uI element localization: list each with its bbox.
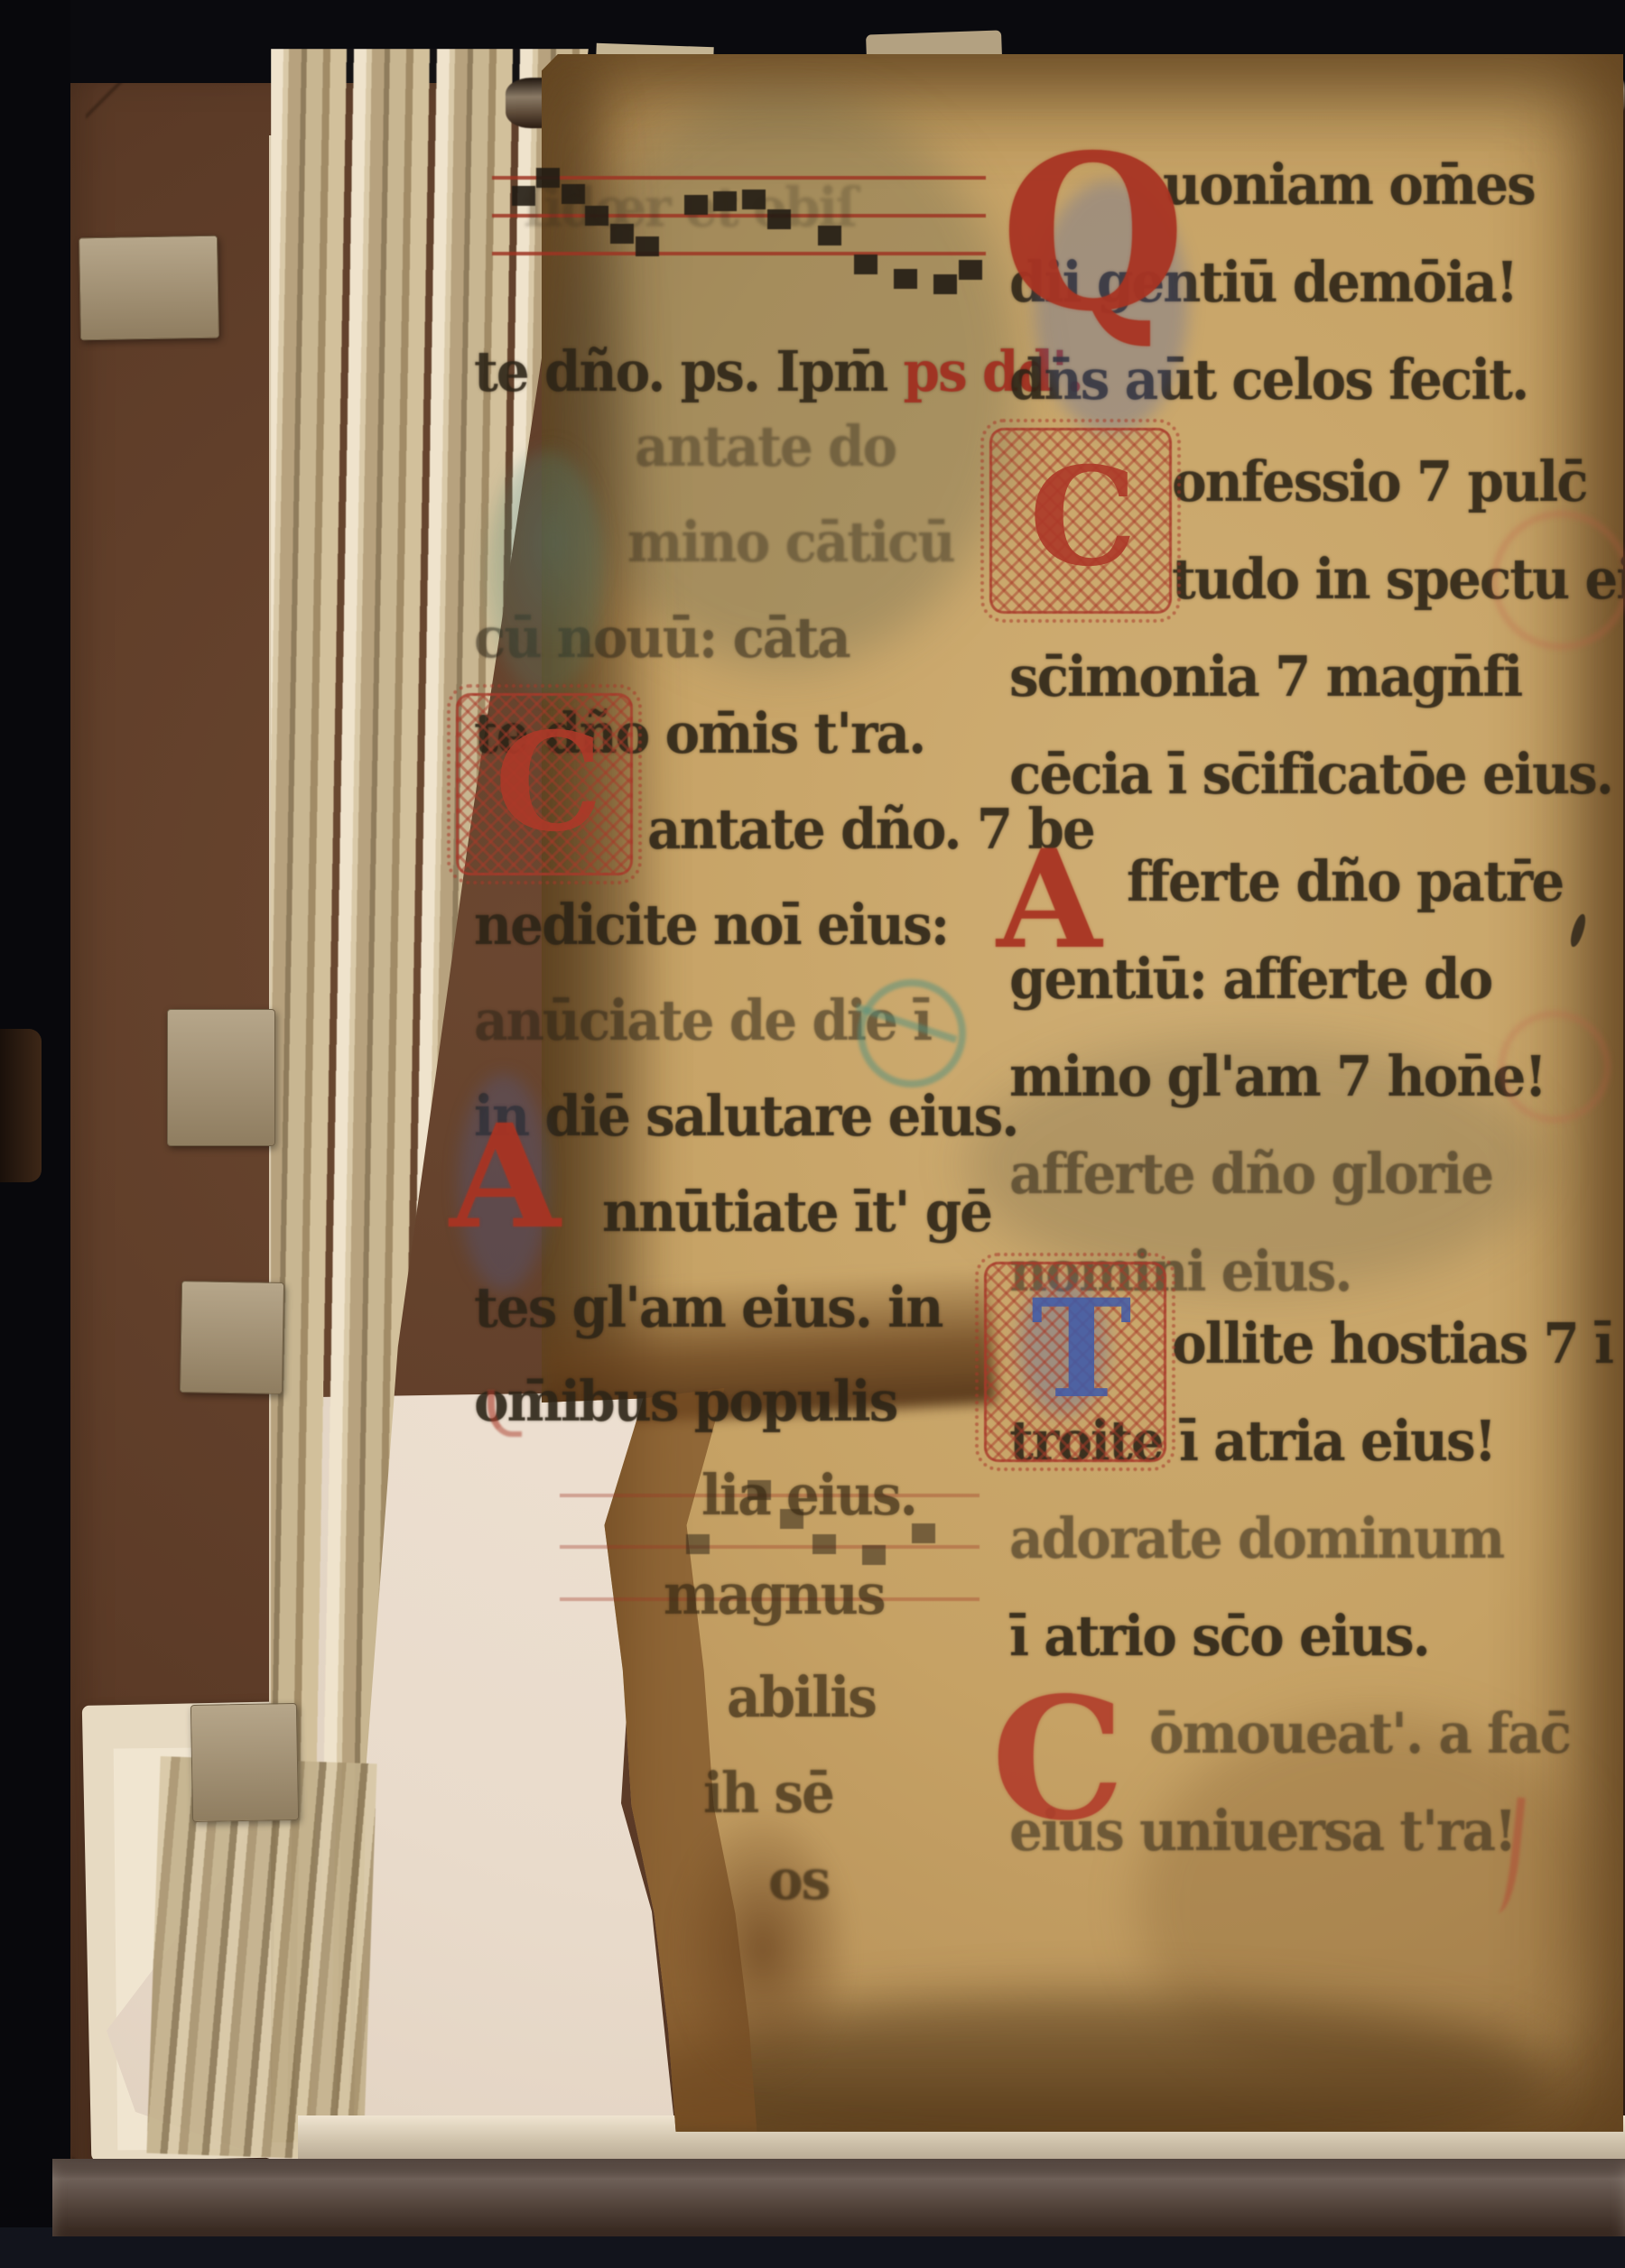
initial-quoniam: Q — [1000, 126, 1186, 339]
text-line: afferte dño glorie — [1009, 1141, 1492, 1207]
text-line-fragment: abilis — [474, 1664, 876, 1730]
rubric-line: te dño. ps. Ipm̄ ps dd'. — [474, 338, 1082, 404]
initial-confessio: C — [1029, 449, 1137, 585]
text-line: nedicite noī eius: — [474, 892, 948, 958]
neume-note — [894, 269, 917, 289]
text-line: sc̄imonia 7 magn̄fi — [1009, 643, 1521, 709]
red-ghost-ring — [1491, 511, 1625, 650]
neume-note — [959, 260, 982, 280]
text-line: cēcia ī sc̄ificatōe eius. — [1009, 741, 1612, 807]
binding-clasp-nub — [0, 1029, 42, 1182]
text-line: mino gl'am 7 hon̄e! — [1009, 1043, 1546, 1109]
parchment-tab — [79, 236, 219, 341]
initial-commoveatur: C — [991, 1675, 1125, 1843]
staff-line — [492, 252, 986, 255]
parchment-tab — [167, 1009, 275, 1146]
faded-offset-text: ſidœr et obiſ — [524, 176, 856, 240]
text-line-fragment: os — [474, 1847, 829, 1912]
initial-cantate: C — [495, 715, 602, 850]
rubric-black: te dño. ps. Ipm̄ — [474, 338, 887, 404]
text-line: om̄ibus populis — [474, 1368, 896, 1434]
parchment-tab — [190, 1703, 299, 1822]
neume-note — [812, 1534, 836, 1554]
leather-bottom-edge — [52, 2159, 1625, 2236]
text-line-fragment: ih sē — [474, 1760, 833, 1826]
initial-annuntiate: A — [450, 1106, 561, 1249]
staff-line — [560, 1545, 980, 1549]
neume-note — [686, 1534, 710, 1554]
text-line: adorate dominum — [1009, 1505, 1503, 1571]
neume-note — [933, 274, 957, 294]
manuscript-photo: ſidœr et obiſ te dño. ps. Ipm̄ ps dd'. a… — [0, 0, 1625, 2268]
initial-tollite: T — [1031, 1282, 1132, 1417]
teal-smudge — [487, 451, 605, 695]
text-line: ī atrio sc̄o eius. — [1009, 1603, 1429, 1669]
red-ghost-ring — [1499, 1011, 1611, 1123]
text-line-fragment: magnus — [474, 1561, 885, 1627]
text-line-fragment: lia eius. — [474, 1462, 916, 1528]
parchment-tab — [180, 1281, 284, 1394]
text-line: tes gl'am eius. in — [474, 1274, 942, 1340]
initial-afferte: A — [997, 832, 1101, 967]
neume-note — [854, 255, 877, 274]
